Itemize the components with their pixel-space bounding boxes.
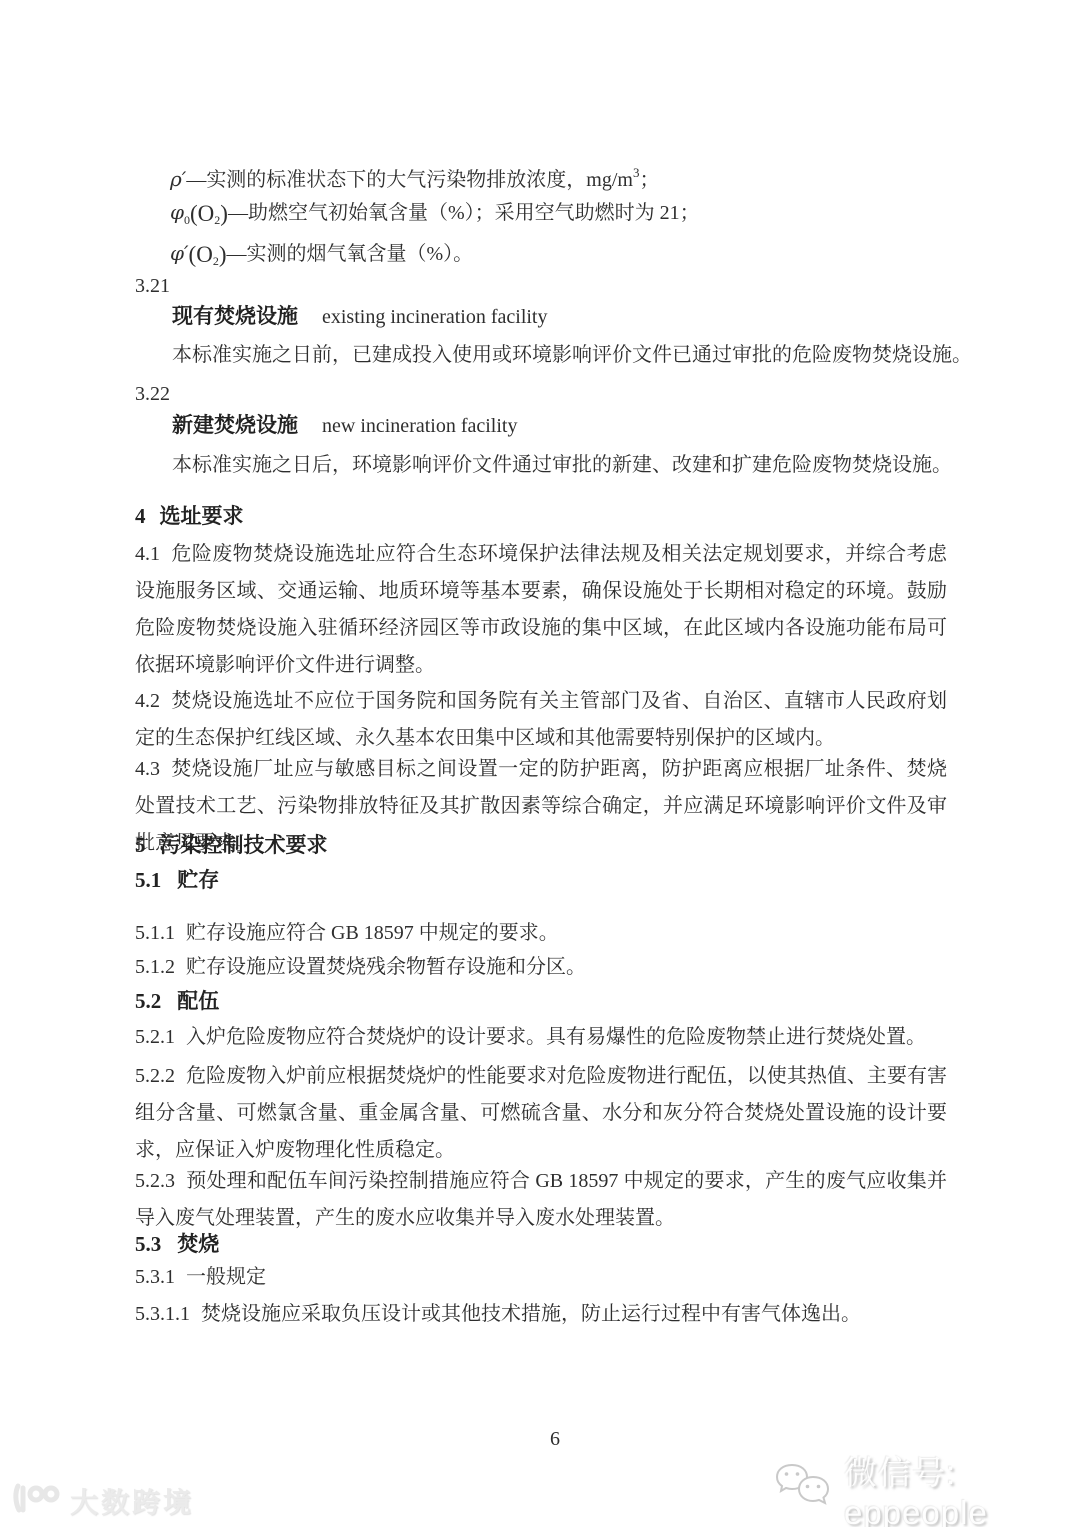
section-number: 4 xyxy=(135,504,146,528)
document-page: ρ′—实测的标准状态下的大气污染物排放浓度，mg/m3； φ0(O2)—助燃空气… xyxy=(0,0,1080,1527)
formula-tail: ； xyxy=(639,169,659,191)
subsection-5-3-heading: 5.3焚烧 xyxy=(135,1231,219,1258)
clause-5-2-1: 5.2.1入炉危险废物应符合焚烧炉的设计要求。具有易爆性的危险废物禁止进行焚烧处… xyxy=(135,1024,926,1050)
definition-term-cn: 新建焚烧设施 xyxy=(172,414,298,437)
clause-text: 预处理和配伍车间污染控制措施应符合 GB 18597 中规定的要求，产生的废气应… xyxy=(135,1170,947,1229)
formula-body: —助燃空气初始氧含量（%）；采用空气助燃时为 21； xyxy=(228,202,700,224)
clause-text: 贮存设施应符合 GB 18597 中规定的要求。 xyxy=(186,922,559,944)
formula-body: —实测的烟气氧含量（%）。 xyxy=(227,243,474,265)
clause-text: 贮存设施应设置焚烧残余物暂存设施和分区。 xyxy=(186,956,586,978)
formula-paren-close: ) xyxy=(219,242,227,267)
definition-number: 3.21 xyxy=(135,273,170,299)
clause-number: 4.2 xyxy=(135,690,160,712)
clause-number: 5.1.2 xyxy=(135,956,175,978)
formula-line-phi-prime: φ′(O2)—实测的烟气氧含量（%）。 xyxy=(170,240,473,274)
formula-symbol: φ xyxy=(170,200,184,224)
clause-text: 一般规定 xyxy=(186,1266,266,1288)
clause-number: 4.3 xyxy=(135,758,160,780)
clause-4-1: 4.1危险废物焚烧设施选址应符合生态环境保护法律法规及相关法定规划要求，并综合考… xyxy=(135,536,947,684)
watermark-dashu-logo: 大数跨境 xyxy=(10,1478,194,1523)
clause-5-1-1: 5.1.1贮存设施应符合 GB 18597 中规定的要求。 xyxy=(135,920,559,946)
clause-text: 入炉危险废物应符合焚烧炉的设计要求。具有易爆性的危险废物禁止进行焚烧处置。 xyxy=(186,1026,926,1048)
formula-symbol: ρ′ xyxy=(170,167,186,191)
clause-number: 5.3.1.1 xyxy=(135,1303,190,1325)
formula-paren-open: (O xyxy=(189,242,213,267)
clause-number: 4.1 xyxy=(135,543,160,565)
section-4-heading: 4选址要求 xyxy=(135,503,244,530)
definition-term-en: new incineration facility xyxy=(322,415,517,437)
clause-text: 危险废物入炉前应根据焚烧炉的性能要求对危险废物进行配伍，以使其热值、主要有害组分… xyxy=(135,1065,947,1161)
clause-number: 5.2.3 xyxy=(135,1170,175,1192)
clause-5-1-2: 5.1.2贮存设施应设置焚烧残余物暂存设施和分区。 xyxy=(135,954,586,980)
clause-number: 5.2.2 xyxy=(135,1065,175,1087)
clause-text: 焚烧设施应采取负压设计或其他技术措施，防止运行过程中有害气体逸出。 xyxy=(201,1303,861,1325)
clause-5-3-1-1: 5.3.1.1焚烧设施应采取负压设计或其他技术措施，防止运行过程中有害气体逸出。 xyxy=(135,1301,861,1327)
page-number: 6 xyxy=(550,1426,560,1452)
clause-number: 5.3.1 xyxy=(135,1266,175,1288)
subsection-number: 5.2 xyxy=(135,989,161,1013)
subsection-5-2-heading: 5.2配伍 xyxy=(135,988,219,1015)
watermark-wechat-text: 微信号: eppeople xyxy=(844,1447,1080,1527)
wechat-icon xyxy=(772,1461,834,1518)
clause-number: 5.1.1 xyxy=(135,922,175,944)
subsection-title: 焚烧 xyxy=(177,1233,219,1256)
formula-line-rho: ρ′—实测的标准状态下的大气污染物排放浓度，mg/m3； xyxy=(170,160,659,193)
clause-text: 危险废物焚烧设施选址应符合生态环境保护法律法规及相关法定规划要求，并综合考虑设施… xyxy=(135,543,947,676)
definition-body: 本标准实施之日前，已建成投入使用或环境影响评价文件已通过审批的危险废物焚烧设施。 xyxy=(172,342,972,368)
dashu-100-icon xyxy=(10,1478,62,1523)
definition-term-en: existing incineration facility xyxy=(322,306,548,328)
definition-term: 新建焚烧设施new incineration facility xyxy=(172,413,517,439)
clause-5-2-3: 5.2.3预处理和配伍车间污染控制措施应符合 GB 18597 中规定的要求，产… xyxy=(135,1163,947,1237)
definition-term: 现有焚烧设施existing incineration facility xyxy=(172,304,548,330)
definition-body: 本标准实施之日后，环境影响评价文件通过审批的新建、改建和扩建危险废物焚烧设施。 xyxy=(172,452,952,478)
formula-line-phi0: φ0(O2)—助燃空气初始氧含量（%）；采用空气助燃时为 21； xyxy=(170,199,700,233)
formula-paren-close: ) xyxy=(220,201,228,226)
formula-symbol: φ′ xyxy=(170,241,189,265)
clause-5-3-1: 5.3.1一般规定 xyxy=(135,1264,266,1290)
section-title: 选址要求 xyxy=(160,505,244,528)
clause-number: 5.2.1 xyxy=(135,1026,175,1048)
section-number: 5 xyxy=(135,833,146,857)
subsection-title: 贮存 xyxy=(177,869,219,892)
subsection-5-1-heading: 5.1贮存 xyxy=(135,867,219,894)
watermark-logo-text: 大数跨境 xyxy=(70,1481,194,1521)
subsection-title: 配伍 xyxy=(177,990,219,1013)
definition-term-cn: 现有焚烧设施 xyxy=(172,305,298,328)
subsection-number: 5.3 xyxy=(135,1232,161,1256)
subsection-number: 5.1 xyxy=(135,868,161,892)
clause-4-2: 4.2焚烧设施选址不应位于国务院和国务院有关主管部门及省、自治区、直辖市人民政府… xyxy=(135,683,947,757)
clause-5-2-2: 5.2.2危险废物入炉前应根据焚烧炉的性能要求对危险废物进行配伍，以使其热值、主… xyxy=(135,1058,947,1169)
watermark-wechat: 微信号: eppeople xyxy=(772,1447,1080,1527)
section-5-heading: 5污染控制技术要求 xyxy=(135,832,328,859)
definition-number: 3.22 xyxy=(135,381,170,407)
clause-text: 焚烧设施选址不应位于国务院和国务院有关主管部门及省、自治区、直辖市人民政府划定的… xyxy=(135,690,947,749)
formula-paren-open: (O xyxy=(190,201,214,226)
formula-body: —实测的标准状态下的大气污染物排放浓度，mg/m xyxy=(186,169,633,191)
section-title: 污染控制技术要求 xyxy=(160,834,328,857)
